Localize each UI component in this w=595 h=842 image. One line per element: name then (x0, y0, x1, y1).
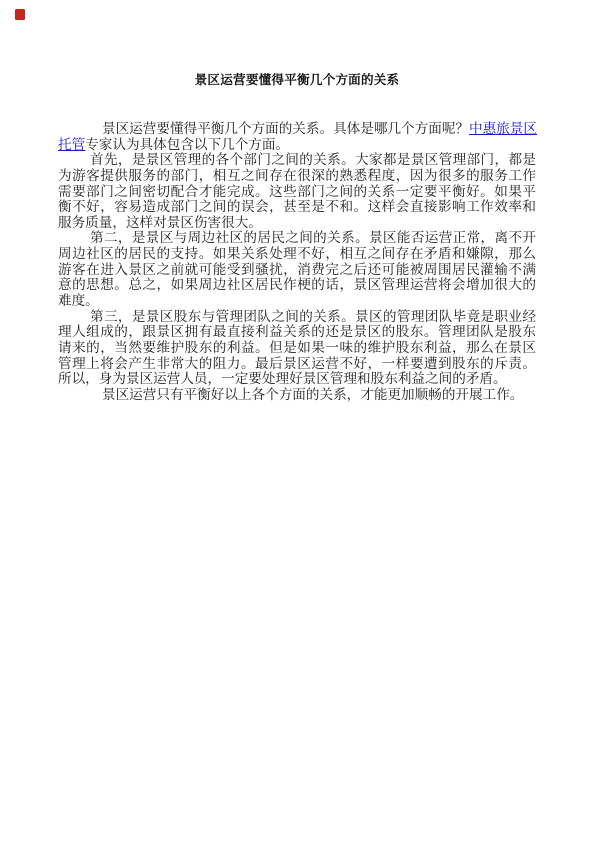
text-run: 周边社区的居民的支持。如果关系处理不好，相互之间存在矛盾和嫌隙，那么 (58, 246, 536, 261)
text-line: 请来的，当然要维护股东的利益。但是如果一味的维护股东利益，那么在景区 (58, 340, 536, 356)
text-run: 第三，是景区股东与管理团队之间的关系。景区的管理团队毕竟是职业经 (90, 309, 536, 324)
text-run: 管理上将会产生非常大的阻力。最后景区运营不好，一样要遭到股东的斥责。 (58, 356, 536, 371)
text-run: 需要部门之间密切配合才能完成。这些部门之间的关系一定要平衡好。如果平 (58, 184, 536, 199)
text-line: 游客在进入景区之前就可能受到骚扰，消费完之后还可能被周围居民灌输不满 (58, 262, 536, 278)
red-seal-icon (15, 9, 25, 20)
text-run: 首先，是景区管理的各个部门之间的关系。大家都是景区管理部门，都是 (90, 152, 536, 167)
text-run: 所以，身为景区运营人员，一定要处理好景区管理和股东利益之间的矛盾。 (58, 371, 507, 386)
zhonghuilv-tuoguan-link[interactable]: 托管 (58, 137, 85, 152)
text-run: 难度。 (58, 293, 99, 308)
text-run: 景区运营只有平衡好以上各个方面的关系，才能更加顺畅的开展工作。 (102, 387, 523, 402)
text-line: 周边社区的居民的支持。如果关系处理不好，相互之间存在矛盾和嫌隙，那么 (58, 246, 536, 262)
document-page: 景区运营要懂得平衡几个方面的关系 景区运营要懂得平衡几个方面的关系。具体是哪几个… (0, 0, 595, 842)
paragraph: 首先，是景区管理的各个部门之间的关系。大家都是景区管理部门，都是为游客提供服务的… (58, 152, 536, 230)
text-run: 请来的，当然要维护股东的利益。但是如果一味的维护股东利益，那么在景区 (58, 340, 536, 355)
zhonghuilv-tuoguan-link[interactable]: 中惠旅景区 (469, 121, 537, 136)
text-run: 为游客提供服务的部门，相互之间存在很深的熟悉程度，因为很多的服务工作 (58, 168, 536, 183)
text-line: 为游客提供服务的部门，相互之间存在很深的熟悉程度，因为很多的服务工作 (58, 168, 536, 184)
text-line: 第二，是景区与周边社区的居民之间的关系。景区能否运营正常，离不开 (58, 230, 536, 246)
text-run: 意的思想。总之，如果周边社区居民作梗的话，景区管理运营将会增加很大的 (58, 277, 536, 292)
paragraph: 景区运营只有平衡好以上各个方面的关系，才能更加顺畅的开展工作。 (58, 387, 536, 403)
text-run: 服务质量，这样对景区伤害很大。 (58, 215, 262, 230)
text-run: 理人组成的，跟景区拥有最直接利益关系的还是景区的股东。管理团队是股东 (58, 324, 536, 339)
text-line: 管理上将会产生非常大的阻力。最后景区运营不好，一样要遭到股东的斥责。 (58, 356, 536, 372)
text-line: 理人组成的，跟景区拥有最直接利益关系的还是景区的股东。管理团队是股东 (58, 324, 536, 340)
text-line: 第三，是景区股东与管理团队之间的关系。景区的管理团队毕竟是职业经 (58, 309, 536, 325)
text-line: 难度。 (58, 293, 536, 309)
text-run: 游客在进入景区之前就可能受到骚扰，消费完之后还可能被周围居民灌输不满 (58, 262, 536, 277)
page-title: 景区运营要懂得平衡几个方面的关系 (58, 72, 536, 88)
text-line: 所以，身为景区运营人员，一定要处理好景区管理和股东利益之间的矛盾。 (58, 371, 536, 387)
text-line: 需要部门之间密切配合才能完成。这些部门之间的关系一定要平衡好。如果平 (58, 184, 536, 200)
text-run: 衡不好，容易造成部门之间的误会，甚至是不和。这样会直接影响工作效率和 (58, 199, 536, 214)
text-line: 景区运营要懂得平衡几个方面的关系。具体是哪几个方面呢？中惠旅景区 (58, 121, 536, 137)
text-line: 首先，是景区管理的各个部门之间的关系。大家都是景区管理部门，都是 (58, 152, 536, 168)
paragraph: 景区运营要懂得平衡几个方面的关系。具体是哪几个方面呢？中惠旅景区托管专家认为具体… (58, 121, 536, 152)
paragraph: 第二，是景区与周边社区的居民之间的关系。景区能否运营正常，离不开周边社区的居民的… (58, 230, 536, 308)
text-run: 第二，是景区与周边社区的居民之间的关系。景区能否运营正常，离不开 (90, 230, 536, 245)
text-run: 景区运营要懂得平衡几个方面的关系。具体是哪几个方面呢？ (102, 121, 469, 136)
document-body: 景区运营要懂得平衡几个方面的关系。具体是哪几个方面呢？中惠旅景区托管专家认为具体… (58, 121, 536, 403)
text-line: 服务质量，这样对景区伤害很大。 (58, 215, 536, 231)
text-run: 专家认为具体包含以下几个方面。 (85, 137, 289, 152)
paragraph: 第三，是景区股东与管理团队之间的关系。景区的管理团队毕竟是职业经理人组成的，跟景… (58, 309, 536, 387)
text-line: 景区运营只有平衡好以上各个方面的关系，才能更加顺畅的开展工作。 (58, 387, 536, 403)
text-line: 衡不好，容易造成部门之间的误会，甚至是不和。这样会直接影响工作效率和 (58, 199, 536, 215)
text-line: 意的思想。总之，如果周边社区居民作梗的话，景区管理运营将会增加很大的 (58, 277, 536, 293)
text-line: 托管专家认为具体包含以下几个方面。 (58, 137, 536, 153)
